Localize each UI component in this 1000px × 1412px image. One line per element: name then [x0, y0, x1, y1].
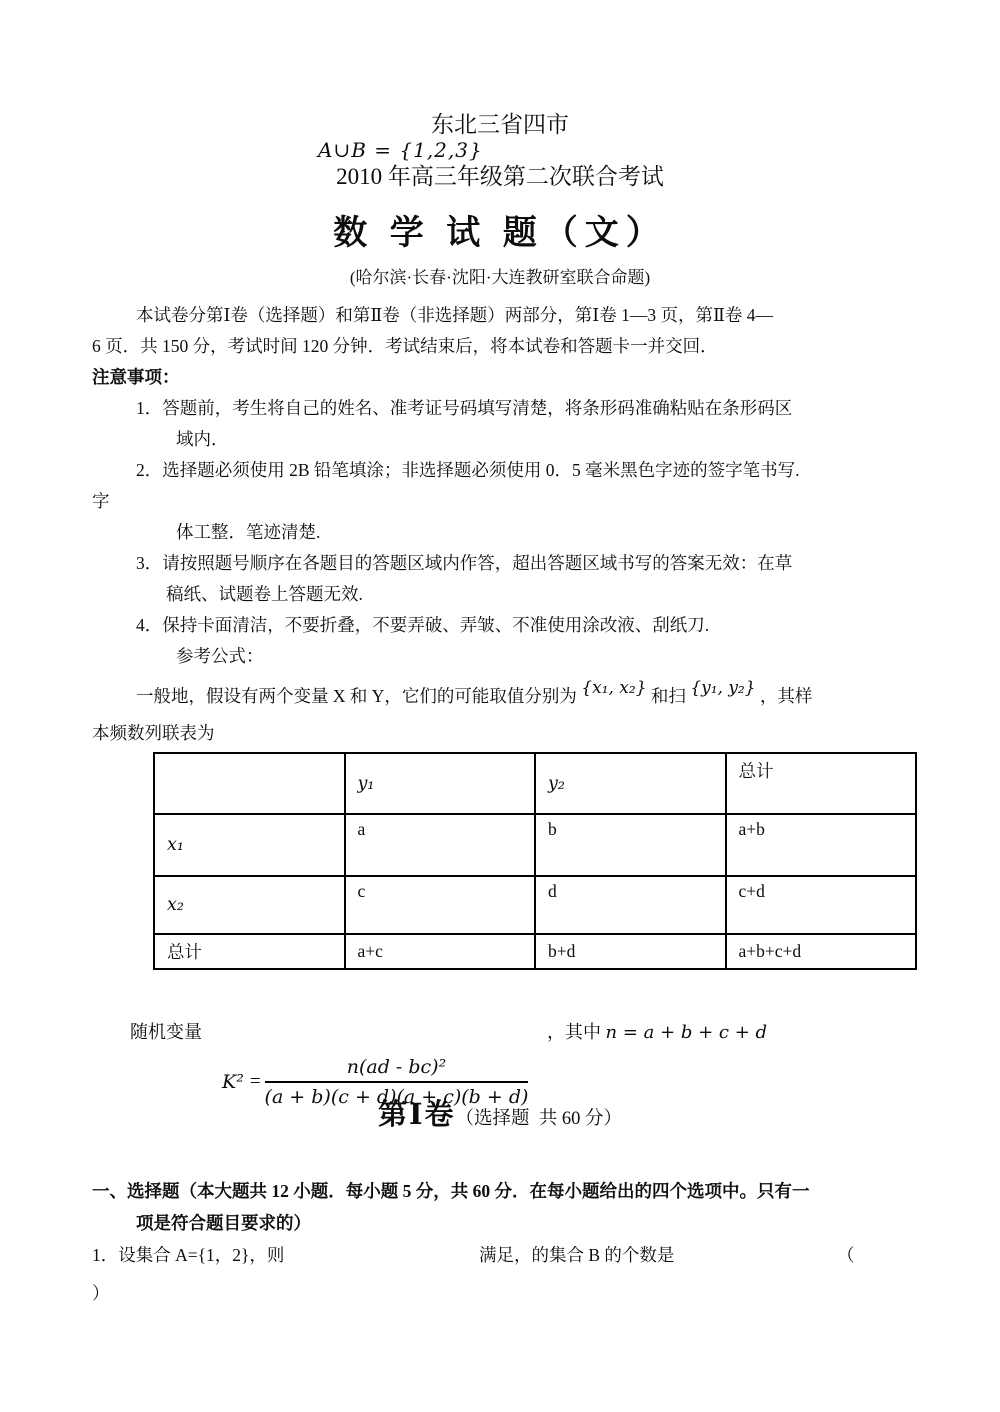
- cell-b: b: [535, 814, 726, 876]
- set-y-math: {y₁, y₂}: [690, 678, 755, 698]
- header-cell-total: 总计: [726, 753, 917, 814]
- question-1: 1．设集合 A={1，2}，则 满足，的集合 B 的个数是 （: [92, 1239, 908, 1271]
- cell-a: a: [345, 814, 536, 876]
- intro-line-1: 本试卷分第Ⅰ卷（选择题）和第Ⅱ卷（非选择题）两部分，第Ⅰ卷 1—3 页，第Ⅱ卷 …: [92, 300, 908, 331]
- equals-sign: =: [250, 1071, 261, 1093]
- fraction-numerator: n(ad - bc)²: [265, 1056, 529, 1083]
- question-1-stem-b: 满足，的集合 B 的个数是: [479, 1239, 674, 1271]
- question-1-close-paren: ）: [92, 1277, 908, 1309]
- volume-one-heading: 第Ⅰ卷（选择题 共 60 分）: [92, 1092, 908, 1133]
- document-body: 本试卷分第Ⅰ卷（选择题）和第Ⅱ卷（非选择题）两部分，第Ⅰ卷 1—3 页，第Ⅱ卷 …: [0, 300, 1000, 1309]
- note-item-1-line-2: 域内．: [92, 424, 908, 455]
- where-prefix: ，其中: [547, 1022, 601, 1042]
- row-label-x1: x₁: [154, 814, 345, 876]
- table-total-row: 总计 a+c b+d a+b+c+d: [154, 934, 916, 969]
- row-label-x2: x₂: [154, 876, 345, 934]
- volume-title: 第Ⅰ卷: [378, 1099, 456, 1131]
- exam-session-title: 2010 年高三年级第二次联合考试: [0, 162, 1000, 192]
- note-item-3-line-2: 稿纸、试题卷上答题无效.: [92, 579, 908, 610]
- cell-d: d: [535, 876, 726, 934]
- header-cell-y1: y₁: [345, 753, 536, 814]
- region-title: 东北三省四市: [0, 0, 1000, 140]
- header-cell-empty: [154, 753, 345, 814]
- prelim-statement: 一般地，假设有两个变量 X 和 Y，它们的可能取值分别为 {x₁, x₂} 和扫…: [92, 674, 908, 718]
- reference-formula-heading: 参考公式：: [92, 641, 908, 672]
- prelim-conjunction: 和扫: [651, 686, 686, 706]
- note-item-4: 4．保持卡面清洁，不要折叠，不要弄破、弄皱、不准使用涂改液、刮纸刀.: [92, 610, 908, 641]
- n-identity-math: n = a + b + c + d: [606, 1022, 768, 1043]
- exam-paper-page: 东北三省四市 A∪B = {1,2,3} 2010 年高三年级第二次联合考试 数…: [0, 0, 1000, 1412]
- committee-line: (哈尔滨·长春·沈阳·大连教研室联合命题): [0, 266, 1000, 290]
- prelim-text-before: 一般地，假设有两个变量 X 和 Y，它们的可能取值分别为: [136, 686, 577, 706]
- cell-c-plus-d: c+d: [726, 876, 917, 934]
- intro-and-notes: 本试卷分第Ⅰ卷（选择题）和第Ⅱ卷（非选择题）两部分，第Ⅰ卷 1—3 页，第Ⅱ卷 …: [92, 300, 908, 672]
- random-variable-label: 随机变量: [130, 1018, 202, 1044]
- cell-b-plus-d: b+d: [535, 934, 726, 969]
- row-label-total: 总计: [154, 934, 345, 969]
- set-x-math: {x₁, x₂}: [581, 678, 646, 698]
- note-item-2-line-1: 2．选择题必须使用 2B 铅笔填涂；非选择题必须使用 0．5 毫米黑色字迹的签字…: [92, 455, 908, 486]
- table-row-x2: x₂ c d c+d: [154, 876, 916, 934]
- where-clause: ，其中 n = a + b + c + d: [547, 1018, 767, 1044]
- prelim-text-after: ，其样: [760, 686, 813, 706]
- note-item-2-line-3: 体工整．笔迹清楚.: [92, 517, 908, 548]
- cell-c: c: [345, 876, 536, 934]
- cell-a-plus-b: a+b: [726, 814, 917, 876]
- notes-heading: 注意事项：: [92, 362, 908, 393]
- table-caption: 本频数列联表为: [92, 718, 908, 749]
- cell-a-plus-c: a+c: [345, 934, 536, 969]
- subject-title: 数 学 试 题（文）: [0, 212, 1000, 256]
- header-cell-y2: y₂: [535, 753, 726, 814]
- table-row-x1: x₁ a b a+b: [154, 814, 916, 876]
- note-item-3-line-1: 3．请按照题号顺序在各题目的答题区域内作答，超出答题区域书写的答案无效：在草: [92, 548, 908, 579]
- table-header-row: y₁ y₂ 总计: [154, 753, 916, 814]
- volume-note: （选择题 共 60 分）: [456, 1109, 623, 1129]
- k-squared-lhs: K²: [222, 1071, 244, 1093]
- cell-grand-total: a+b+c+d: [726, 934, 917, 969]
- intro-line-2: 6 页．共 150 分，考试时间 120 分钟．考试结束后，将本试卷和答题卡一并…: [92, 331, 908, 362]
- contingency-table: y₁ y₂ 总计 x₁ a b a+b x₂ c d c+d 总计: [153, 752, 917, 970]
- overlay-math-formula: A∪B = {1,2,3}: [318, 138, 483, 162]
- random-variable-line: 随机变量 ，其中 n = a + b + c + d: [92, 1018, 908, 1048]
- directions-line-2: 项是符合题目要求的）: [92, 1207, 908, 1239]
- note-item-2-line-2: 字: [92, 486, 908, 517]
- question-1-open-paren: （: [837, 1239, 855, 1271]
- multiple-choice-directions: 一、选择题（本大题共 12 小题．每小题 5 分，共 60 分．在每小题给出的四…: [92, 1175, 908, 1239]
- note-item-1-line-1: 1．答题前，考生将自己的姓名、准考证号码填写清楚，将条形码准确粘贴在条形码区: [92, 393, 908, 424]
- document-header: 东北三省四市 A∪B = {1,2,3} 2010 年高三年级第二次联合考试 数…: [0, 0, 1000, 290]
- question-1-stem-a: 1．设集合 A={1，2}，则: [92, 1239, 284, 1271]
- directions-line-1: 一、选择题（本大题共 12 小题．每小题 5 分，共 60 分．在每小题给出的四…: [92, 1175, 908, 1207]
